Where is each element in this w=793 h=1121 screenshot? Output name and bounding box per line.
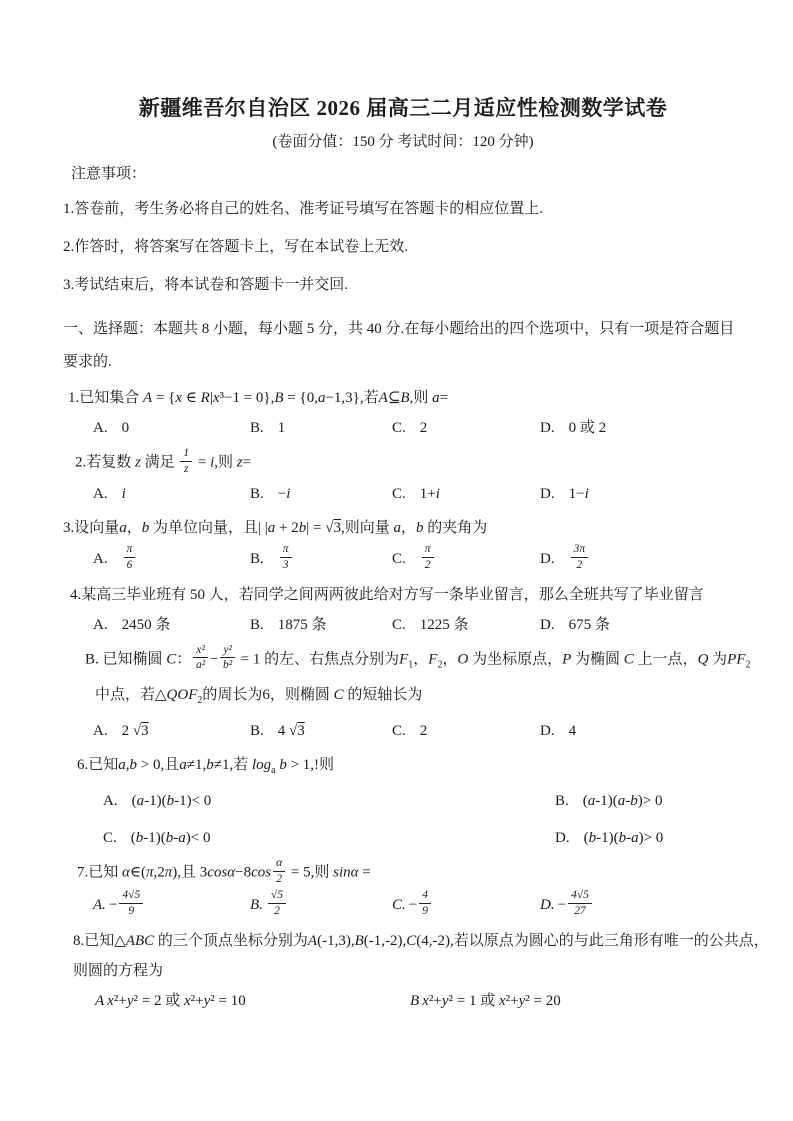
- option-value: 0 或 2: [569, 420, 607, 436]
- option-label: C.: [392, 486, 406, 502]
- text-run: = {0,: [284, 390, 318, 406]
- question: 1.已知集合 A = {x ∈ R|x³−1 = 0},B = {0,a−1,3…: [63, 385, 743, 441]
- math-fraction: y²b²: [220, 644, 235, 672]
- math-variable: a: [179, 757, 187, 773]
- fraction-numerator: √5: [268, 889, 286, 904]
- question-options: A.2 √3B.4 √3C.2D.4: [63, 718, 743, 744]
- text-run: 1.已知集合: [68, 390, 143, 406]
- math-variable: log: [252, 757, 271, 773]
- option: A.π6: [93, 545, 250, 573]
- math-variable: a: [432, 390, 440, 406]
- option-label: C.: [392, 723, 406, 739]
- text-run: > 1,!则: [287, 757, 334, 773]
- math-variable: b: [206, 757, 214, 773]
- option: B.√52: [250, 891, 392, 919]
- text-run: ∈(: [130, 865, 146, 881]
- text-run: 2: [122, 723, 133, 739]
- text-run: 4: [278, 723, 289, 739]
- option-value: π6: [122, 551, 138, 567]
- text-run: -1)(: [596, 830, 619, 846]
- fraction-numerator: 4√5: [568, 889, 592, 904]
- text-run: 的三个顶点坐标分别为: [154, 933, 308, 949]
- option-value: 1: [278, 420, 286, 436]
- math-variable: B: [355, 933, 364, 949]
- text-run: = 1 的左、右焦点分别为: [237, 651, 399, 667]
- fraction-numerator: π: [422, 543, 434, 558]
- question-stem: B. 已知椭圆 C：x²a²−y²b² = 1 的左、右焦点分别为F1，F2，O…: [63, 646, 743, 679]
- option-label: A.: [93, 897, 106, 913]
- question-options: A.0B.1C.2D.0 或 2: [63, 415, 743, 441]
- option-label: B.: [250, 617, 264, 633]
- math-variable: C: [166, 651, 176, 667]
- text-run: ≠1,: [187, 757, 206, 773]
- option-label: D.: [540, 723, 555, 739]
- option-label: A.: [93, 551, 108, 567]
- text-run: 为单位向量，且| |: [149, 520, 268, 536]
- text-run: 7.已知: [77, 865, 122, 881]
- text-run: ，: [413, 651, 428, 667]
- text-run: ⊆: [388, 390, 401, 406]
- fraction-numerator: 4√5: [119, 889, 143, 904]
- math-fraction: √52: [268, 889, 286, 917]
- option-label: B.: [250, 897, 263, 913]
- option-value: 2: [420, 723, 428, 739]
- text-run: ∈: [182, 390, 201, 406]
- fraction-numerator: 4: [419, 889, 431, 904]
- text-run: ：: [176, 651, 191, 667]
- text-run: ² = 1 或: [448, 993, 498, 1009]
- text-run: 的周长为6，则椭圆: [202, 687, 333, 703]
- fraction-denominator: 27: [568, 904, 592, 918]
- text-run: + 2: [275, 520, 298, 536]
- text-run: 8.已知△: [73, 933, 126, 949]
- option-value: √52: [266, 897, 288, 913]
- option-label: D.: [540, 617, 555, 633]
- option: C.2: [392, 415, 540, 441]
- text-run: = {: [152, 390, 175, 406]
- option-value: −49: [409, 897, 433, 913]
- option: A.(a-1)(b-1)< 0: [103, 788, 555, 814]
- option: D.−4√527: [540, 891, 743, 919]
- text-run: =: [359, 865, 371, 881]
- text-run: ≠1,若: [214, 757, 252, 773]
- question-stem: 中点，若△QOF2的周长为6，则椭圆 C 的短轴长为: [63, 682, 743, 714]
- option-value: 2 √3: [122, 723, 149, 739]
- math-variable: b: [630, 793, 638, 809]
- text-run: ³−1 = 0},: [220, 390, 275, 406]
- question-stem: 3.设向量a，b 为单位向量，且| |a + 2b| = √3,则向量 a，b …: [63, 515, 743, 541]
- math-variable: F: [399, 651, 408, 667]
- math-variable: C: [334, 687, 344, 703]
- math-variable: α: [122, 865, 130, 881]
- radicand: 3: [297, 723, 305, 739]
- fraction-denominator: z: [180, 462, 192, 476]
- question-stem: 7.已知 α∈(π,2π),且 3cosα−8cosα2 = 5,则 sinα …: [63, 859, 743, 887]
- math-fraction: 4√527: [568, 889, 592, 917]
- option-label: D.: [555, 830, 570, 846]
- math-fraction: 1z: [180, 447, 192, 475]
- option-value: 4 √3: [278, 723, 305, 739]
- option-label: C.: [392, 551, 406, 567]
- text-run: 4: [569, 723, 577, 739]
- math-variable: Q: [698, 651, 709, 667]
- math-fraction: 4√59: [119, 889, 143, 917]
- question: B. 已知椭圆 C：x²a²−y²b² = 1 的左、右焦点分别为F1，F2，O…: [63, 646, 743, 745]
- notice-item: 1.答卷前，考生务必将自己的姓名、准考证号填写在答题卡的相应位置上.: [63, 199, 743, 219]
- option-value: 1225 条: [420, 617, 469, 633]
- text-run: −8: [235, 865, 251, 881]
- notice-list: 1.答卷前，考生务必将自己的姓名、准考证号填写在答题卡的相应位置上.2.作答时，…: [63, 199, 743, 295]
- math-fraction: α2: [273, 857, 285, 885]
- question-options: A.(a-1)(b-1)< 0B.(a-1)(a-b)> 0C.(b-1)(b-…: [63, 788, 743, 851]
- fraction-numerator: α: [273, 857, 285, 872]
- math-fraction: 49: [419, 889, 431, 917]
- text-run: )> 0: [639, 830, 664, 846]
- option-value: 2450 条: [122, 617, 171, 633]
- question-options: A.iB.−iC.1+iD.1−i: [63, 481, 743, 507]
- exam-subtitle: (卷面分值：150 分 考试时间：120 分钟): [63, 132, 743, 152]
- math-variable: B: [400, 390, 409, 406]
- option-value: π3: [278, 551, 294, 567]
- fraction-numerator: x²: [193, 644, 208, 659]
- fraction-numerator: π: [280, 543, 292, 558]
- text-run: ，: [442, 651, 457, 667]
- math-variable: cosα: [207, 865, 235, 881]
- math-variable: PF: [727, 651, 745, 667]
- text-run: 上一点，: [634, 651, 698, 667]
- notice-item: 3.考试结束后，将本试卷和答题卡一并交回.: [63, 275, 743, 295]
- option-label: B.: [250, 551, 264, 567]
- math-variable: i: [436, 486, 440, 502]
- option-label: A.: [93, 723, 108, 739]
- text-run: (-1,-2),: [364, 933, 406, 949]
- math-variable: a: [118, 757, 126, 773]
- math-variable: a: [393, 520, 401, 536]
- text-run: )> 0: [638, 793, 663, 809]
- math-variable: x: [213, 390, 220, 406]
- notice-label: 注意事项：: [63, 164, 743, 184]
- question-stem: 则圆的方程为: [63, 958, 743, 984]
- text-run: 2: [420, 420, 428, 436]
- option-value: −4√527: [558, 897, 594, 913]
- option-label: A.: [93, 617, 108, 633]
- option-label: B.: [555, 793, 569, 809]
- option: Ax²+y² = 2 或 x²+y² = 10: [95, 988, 410, 1014]
- question: 6.已知a,b > 0,且a≠1,b≠1,若 loga b > 1,!则A.(a…: [63, 752, 743, 851]
- math-variable: A: [379, 390, 388, 406]
- text-run: B. 已知椭圆: [85, 651, 166, 667]
- option-label: D.: [540, 897, 555, 913]
- option-label: B: [410, 993, 419, 1009]
- math-variable: x: [422, 993, 429, 1009]
- text-run: -1)(: [143, 830, 166, 846]
- text-run: 1875 条: [278, 617, 327, 633]
- option: D.3π2: [540, 545, 743, 573]
- questions-list: 1.已知集合 A = {x ∈ R|x³−1 = 0},B = {0,a−1,3…: [63, 385, 743, 1014]
- option-value: π2: [420, 551, 436, 567]
- option: B.1: [250, 415, 392, 441]
- text-run: −: [409, 897, 417, 913]
- option: D.1−i: [540, 481, 743, 507]
- text-run: 1+: [420, 486, 436, 502]
- question-options: Ax²+y² = 2 或 x²+y² = 10Bx²+y² = 1 或 x²+y…: [63, 988, 743, 1014]
- option-label: C.: [392, 897, 406, 913]
- text-run: =: [440, 390, 448, 406]
- text-run: 为坐标原点，: [468, 651, 562, 667]
- option: A.−4√59: [93, 891, 250, 919]
- math-variable: a: [119, 520, 127, 536]
- text-run: 0: [122, 420, 130, 436]
- sqrt-radical: √3: [133, 723, 149, 739]
- option-value: −4√59: [109, 897, 145, 913]
- fraction-numerator: 3π: [571, 543, 589, 558]
- option: A.2450 条: [93, 612, 250, 638]
- fraction-denominator: 2: [571, 558, 589, 572]
- text-run: ² = 20: [525, 993, 560, 1009]
- option: B.4 √3: [250, 718, 392, 744]
- text-run: ²+: [506, 993, 519, 1009]
- option-label: C.: [392, 617, 406, 633]
- option: C.1+i: [392, 481, 540, 507]
- text-run: ²+: [429, 993, 442, 1009]
- text-run: 2.若复数: [75, 455, 135, 471]
- option-label: A.: [103, 793, 118, 809]
- text-run: ,则向量: [341, 520, 394, 536]
- text-run: 3.设向量: [63, 520, 119, 536]
- question-options: A.π6B.π3C.π2D.3π2: [63, 545, 743, 573]
- option-value: 1875 条: [278, 617, 327, 633]
- math-variable: C: [624, 651, 634, 667]
- question-stem: 8.已知△ABC 的三个顶点坐标分别为A(-1,3),B(-1,-2),C(4,…: [63, 928, 743, 954]
- question: 3.设向量a，b 为单位向量，且| |a + 2b| = √3,则向量 a，b …: [63, 515, 743, 573]
- math-variable: i: [122, 486, 126, 502]
- option: Bx²+y² = 1 或 x²+y² = 20: [410, 988, 743, 1014]
- option: C.(b-1)(b-a)< 0: [103, 825, 555, 851]
- math-fraction: π3: [280, 543, 292, 571]
- option-label: C.: [392, 420, 406, 436]
- section-header: 一、选择题：本题共 8 小题，每小题 5 分，共 40 分.在每小题给出的四个选…: [63, 313, 743, 379]
- radicand: 3: [141, 723, 149, 739]
- option-value: (a-1)(a-b)> 0: [583, 793, 663, 809]
- text-run: ²+: [191, 993, 204, 1009]
- question-stem: 6.已知a,b > 0,且a≠1,b≠1,若 loga b > 1,!则: [63, 752, 743, 784]
- question-stem: 4.某高三毕业班有 50 人，若同学之间两两彼此给对方写一条毕业留言，那么全班共…: [63, 582, 743, 608]
- question-options: A.2450 条B.1875 条C.1225 条D.675 条: [63, 612, 743, 638]
- question: 7.已知 α∈(π,2π),且 3cosα−8cosα2 = 5,则 sinα …: [63, 859, 743, 920]
- math-fraction: 3π2: [571, 543, 589, 571]
- option: A.0: [93, 415, 250, 441]
- option-value: x²+y² = 1 或 x²+y² = 20: [422, 993, 561, 1009]
- fraction-denominator: 2: [422, 558, 434, 572]
- math-variable: P: [562, 651, 571, 667]
- question: 4.某高三毕业班有 50 人，若同学之间两两彼此给对方写一条毕业留言，那么全班共…: [63, 582, 743, 638]
- option: C.2: [392, 718, 540, 744]
- option: B.π3: [250, 545, 392, 573]
- option-value: −i: [278, 486, 291, 502]
- text-run: 675 条: [569, 617, 610, 633]
- option-label: A: [95, 993, 104, 1009]
- option-value: 0: [122, 420, 130, 436]
- text-run: 的短轴长为: [344, 687, 423, 703]
- text-run: 则圆的方程为: [73, 963, 163, 979]
- fraction-numerator: π: [124, 543, 136, 558]
- option-label: B.: [250, 420, 264, 436]
- text-run: 2: [420, 723, 428, 739]
- text-run: | =: [306, 520, 325, 536]
- text-run: 6.已知: [77, 757, 118, 773]
- text-run: ² = 2 或: [133, 993, 183, 1009]
- text-run: −: [558, 897, 566, 913]
- fraction-denominator: 2: [273, 872, 285, 886]
- math-variable: a: [178, 830, 186, 846]
- text-run: (-1,3),: [317, 933, 355, 949]
- notice-item: 2.作答时，将答案写在答题卡上，写在本试卷上无效.: [63, 237, 743, 257]
- text-run: −1,3},若: [325, 390, 378, 406]
- option-value: 1+i: [420, 486, 440, 502]
- fraction-denominator: 9: [419, 904, 431, 918]
- math-variable: QOF: [167, 687, 198, 703]
- math-variable: i: [286, 486, 290, 502]
- text-run: 1: [278, 420, 286, 436]
- text-run: −: [278, 486, 286, 502]
- option-label: D.: [540, 551, 555, 567]
- fraction-denominator: b²: [220, 658, 235, 672]
- option: A.i: [93, 481, 250, 507]
- page-title: 新疆维吾尔自治区 2026 届高三二月适应性检测数学试卷: [63, 94, 743, 122]
- option-value: (b-1)(b-a)< 0: [131, 830, 211, 846]
- text-run: (4,-2),若以原点为圆心的与此三角形有唯一的公共点，: [416, 933, 769, 949]
- option: C.π2: [392, 545, 540, 573]
- math-variable: ABC: [126, 933, 154, 949]
- text-run: -1)(: [144, 793, 167, 809]
- option: B.−i: [250, 481, 392, 507]
- text-run: 为: [708, 651, 727, 667]
- math-fraction: π6: [124, 543, 136, 571]
- math-variable: A: [308, 933, 317, 949]
- fraction-denominator: a²: [193, 658, 208, 672]
- math-variable: C: [406, 933, 416, 949]
- fraction-denominator: 6: [124, 558, 136, 572]
- text-run: -1)< 0: [174, 793, 211, 809]
- text-run: > 0,且: [137, 757, 179, 773]
- text-run: 0 或 2: [569, 420, 607, 436]
- option-label: B.: [250, 486, 264, 502]
- exam-page: 新疆维吾尔自治区 2026 届高三二月适应性检测数学试卷 (卷面分值：150 分…: [0, 0, 793, 1121]
- option-label: D.: [540, 420, 555, 436]
- subscript: 2: [746, 659, 751, 670]
- option-label: D.: [540, 486, 555, 502]
- math-variable: b: [130, 757, 138, 773]
- math-variable: A: [143, 390, 152, 406]
- sqrt-radical: √3: [289, 723, 305, 739]
- math-variable: x: [184, 993, 191, 1009]
- text-run: = 5,则: [287, 865, 333, 881]
- option-value: (a-1)(b-1)< 0: [132, 793, 212, 809]
- math-variable: b: [619, 830, 627, 846]
- text-run: 为椭圆: [571, 651, 624, 667]
- option-label: B.: [250, 723, 264, 739]
- option: D.675 条: [540, 612, 743, 638]
- math-variable: a: [137, 793, 145, 809]
- question: 8.已知△ABC 的三个顶点坐标分别为A(-1,3),B(-1,-2),C(4,…: [63, 928, 743, 1014]
- text-run: ,则: [214, 455, 237, 471]
- math-variable: π: [146, 865, 154, 881]
- fraction-numerator: y²: [220, 644, 235, 659]
- text-run: −: [210, 651, 218, 667]
- math-variable: b: [416, 520, 424, 536]
- option-value: 3π2: [569, 551, 591, 567]
- math-variable: x: [107, 993, 114, 1009]
- text-run: ,2: [154, 865, 165, 881]
- text-run: 的夹角为: [424, 520, 488, 536]
- option: B.(a-1)(a-b)> 0: [555, 788, 743, 814]
- option-value: i: [122, 486, 126, 502]
- option: D.0 或 2: [540, 415, 743, 441]
- text-run: =: [194, 455, 210, 471]
- fraction-numerator: 1: [180, 447, 192, 462]
- option: D.(b-1)(b-a)> 0: [555, 825, 743, 851]
- question-options: A.−4√59B.√52C.−49D.−4√527: [63, 891, 743, 919]
- math-fraction: x²a²: [193, 644, 208, 672]
- fraction-denominator: 2: [268, 904, 286, 918]
- text-run: 满足: [141, 455, 179, 471]
- math-variable: i: [585, 486, 589, 502]
- text-run: 1−: [569, 486, 585, 502]
- fraction-denominator: 9: [119, 904, 143, 918]
- option: C.−49: [392, 891, 540, 919]
- text-run: =: [243, 455, 251, 471]
- math-variable: B: [274, 390, 283, 406]
- math-variable: sinα: [333, 865, 358, 881]
- option: C.1225 条: [392, 612, 540, 638]
- question-stem: 2.若复数 z 满足 1z = i,则 z=: [63, 449, 743, 477]
- math-variable: b: [589, 830, 597, 846]
- option-label: A.: [93, 420, 108, 436]
- text-run: −: [109, 897, 117, 913]
- text-run: -1)(: [595, 793, 618, 809]
- option: B.1875 条: [250, 612, 392, 638]
- text-run: 2450 条: [122, 617, 171, 633]
- text-run: ,则: [410, 390, 433, 406]
- option-value: 1−i: [569, 486, 589, 502]
- math-variable: a: [631, 830, 639, 846]
- option-label: C.: [103, 830, 117, 846]
- option-value: x²+y² = 2 或 x²+y² = 10: [107, 993, 246, 1009]
- math-variable: b: [279, 757, 287, 773]
- subscript: a: [271, 765, 275, 776]
- text-run: ²+: [114, 993, 127, 1009]
- text-run: ),且 3: [172, 865, 207, 881]
- option-value: 4: [569, 723, 577, 739]
- text-run: ² = 10: [210, 993, 245, 1009]
- text-run: 中点，若△: [95, 687, 167, 703]
- option-label: A.: [93, 486, 108, 502]
- text-run: )< 0: [186, 830, 211, 846]
- text-run: 4.某高三毕业班有 50 人，若同学之间两两彼此给对方写一条毕业留言，那么全班共…: [70, 587, 704, 603]
- option-value: 2: [420, 420, 428, 436]
- math-fraction: π2: [422, 543, 434, 571]
- option: D.4: [540, 718, 743, 744]
- text-run: ，: [127, 520, 142, 536]
- math-variable: x: [499, 993, 506, 1009]
- sqrt-radical: √3: [325, 520, 341, 536]
- fraction-denominator: 3: [280, 558, 292, 572]
- radicand: 3: [333, 520, 341, 536]
- option: A.2 √3: [93, 718, 250, 744]
- text-run: ，: [401, 520, 416, 536]
- text-run: 1225 条: [420, 617, 469, 633]
- question: 2.若复数 z 满足 1z = i,则 z=A.iB.−iC.1+iD.1−i: [63, 449, 743, 507]
